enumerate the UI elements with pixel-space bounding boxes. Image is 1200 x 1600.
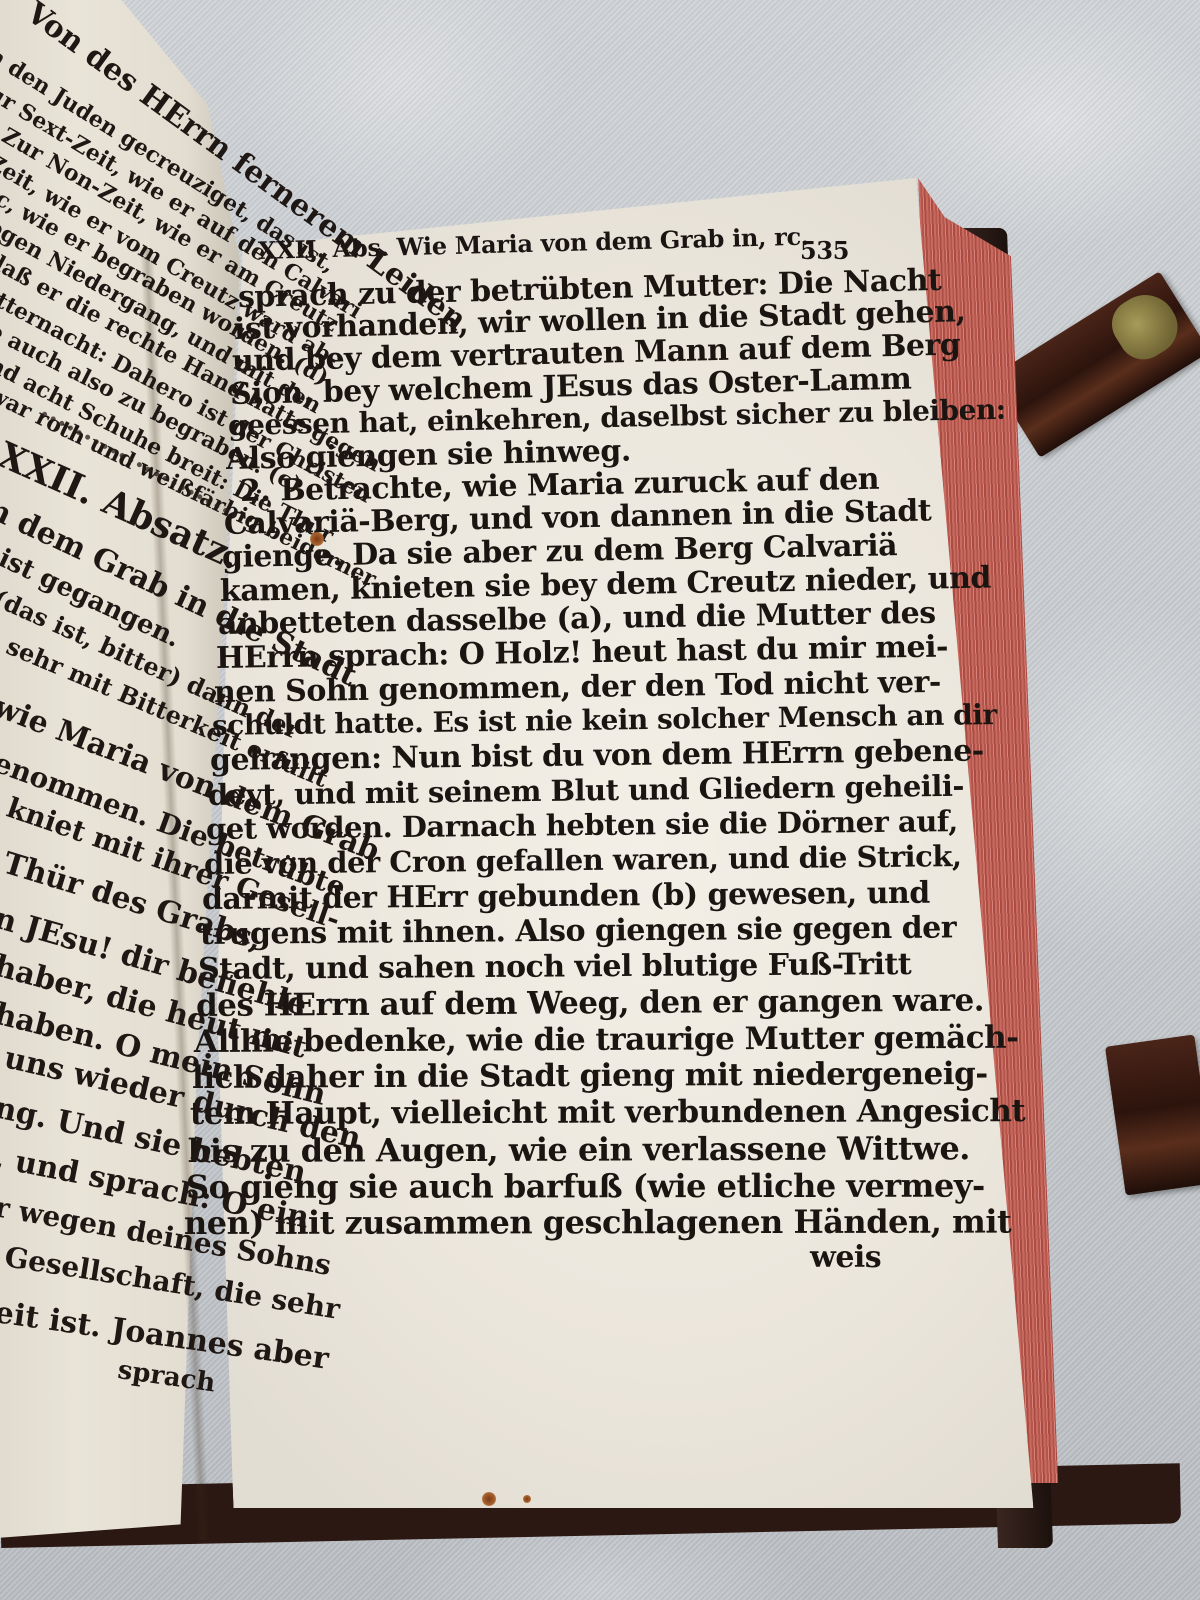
text-line: des HErrn auf dem Weeg, den er gangen wa… bbox=[196, 982, 984, 1024]
foxing-stain bbox=[482, 1492, 496, 1506]
catchword: weis bbox=[810, 1240, 881, 1275]
text-line: Allhie bedenke, wie die traurige Mutter … bbox=[194, 1020, 1019, 1060]
text-line: Stadt, und sahen noch viel blutige Fuß-T… bbox=[198, 947, 911, 987]
foxing-stain bbox=[310, 532, 324, 546]
foxing-stain bbox=[523, 1495, 531, 1503]
page-number: 535 bbox=[800, 236, 849, 265]
